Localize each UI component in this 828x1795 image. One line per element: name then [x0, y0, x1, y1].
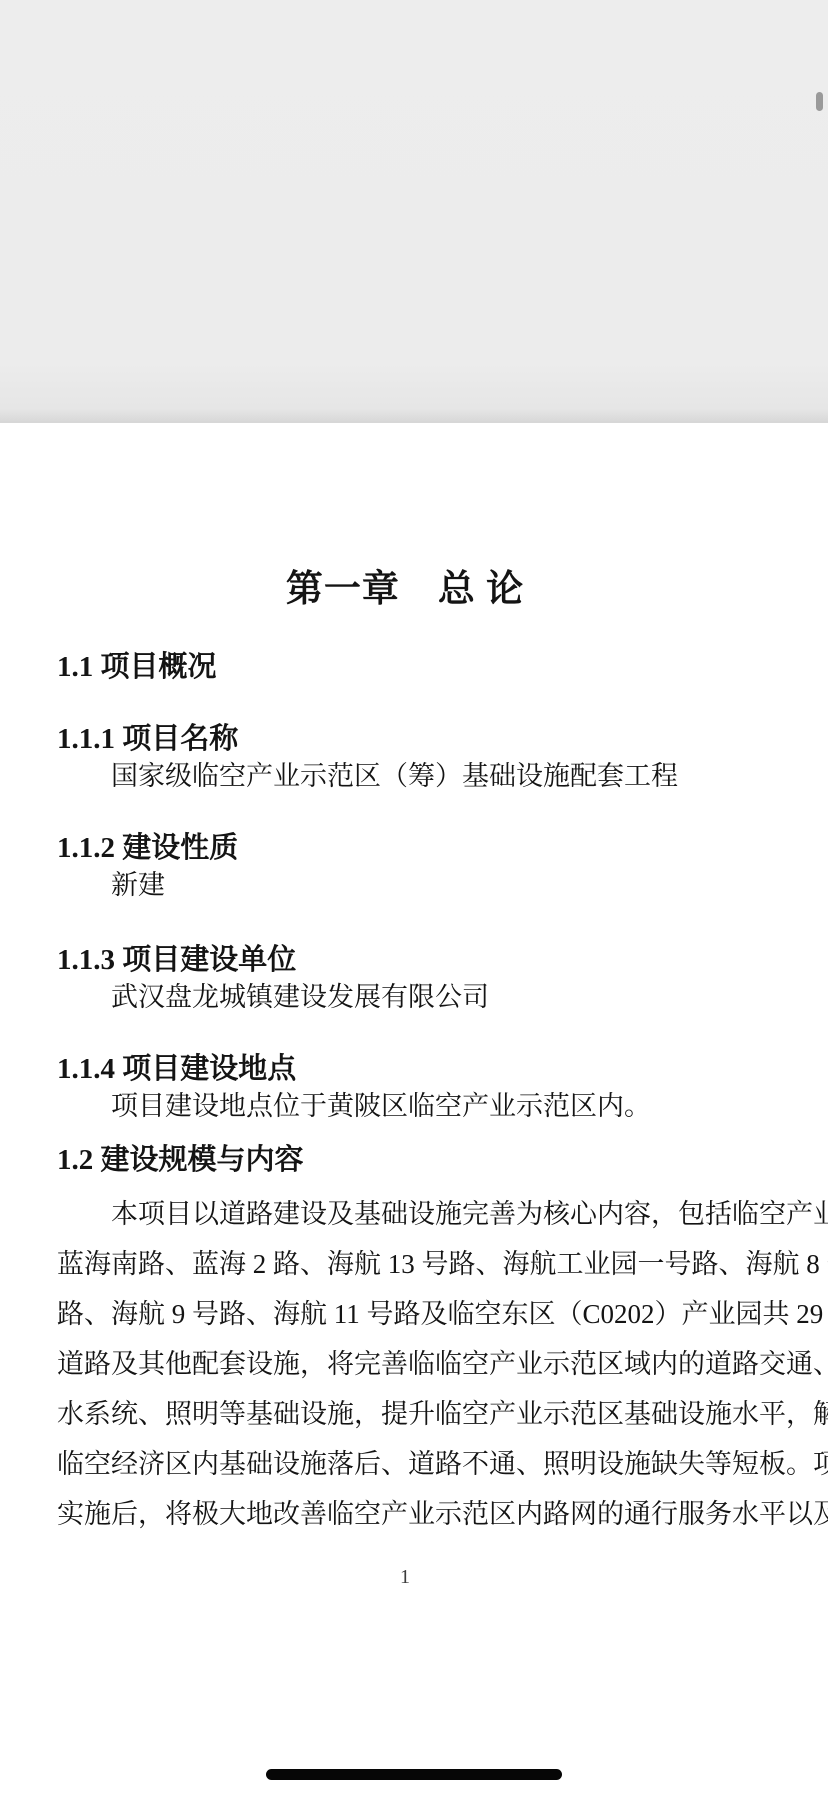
section-heading-1-1-4: 1.1.4 项目建设地点	[57, 1050, 753, 1088]
scale-content-paragraph: 本项目以道路建设及基础设施完善为核心内容，包括临空产业园 蓝海南路、蓝海 2 路…	[57, 1189, 753, 1539]
construction-location-text: 项目建设地点位于黄陂区临空产业示范区内。	[57, 1088, 753, 1124]
section-heading-1-1-3: 1.1.3 项目建设单位	[57, 941, 753, 979]
paragraph-line: 路、海航 9 号路、海航 11 号路及临空东区（C0202）产业园共 29 条	[57, 1289, 753, 1339]
document-page[interactable]: 第一章 总 论 1.1 项目概况 1.1.1 项目名称 国家级临空产业示范区（筹…	[0, 423, 828, 1795]
section-heading-1-2: 1.2 建设规模与内容	[57, 1141, 753, 1179]
paragraph-line: 临空经济区内基础设施落后、道路不通、照明设施缺失等短板。项目	[57, 1439, 753, 1489]
section-heading-1-1-2: 1.1.2 建设性质	[57, 829, 753, 867]
paragraph-line: 蓝海南路、蓝海 2 路、海航 13 号路、海航工业园一号路、海航 8 号	[57, 1239, 753, 1289]
page-number: 1	[57, 1565, 753, 1589]
paragraph-line: 道路及其他配套设施，将完善临临空产业示范区域内的道路交通、排	[57, 1339, 753, 1389]
project-name-text: 国家级临空产业示范区（筹）基础设施配套工程	[57, 758, 753, 794]
construction-company-text: 武汉盘龙城镇建设发展有限公司	[57, 979, 753, 1015]
paragraph-line: 水系统、照明等基础设施，提升临空产业示范区基础设施水平，解决	[57, 1389, 753, 1439]
paragraph-line: 本项目以道路建设及基础设施完善为核心内容，包括临空产业园	[57, 1189, 753, 1239]
document-content: 第一章 总 论 1.1 项目概况 1.1.1 项目名称 国家级临空产业示范区（筹…	[0, 568, 828, 1589]
section-heading-1-1-1: 1.1.1 项目名称	[57, 720, 753, 758]
scrollbar-thumb[interactable]	[816, 92, 823, 111]
paragraph-line: 实施后，将极大地改善临空产业示范区内路网的通行服务水平以及周	[57, 1489, 753, 1539]
chapter-title: 第一章 总 论	[57, 568, 753, 612]
home-indicator-bar[interactable]	[266, 1769, 562, 1780]
section-heading-1-1: 1.1 项目概况	[57, 648, 753, 686]
construction-nature-text: 新建	[57, 867, 753, 903]
document-background-gap	[0, 0, 828, 423]
